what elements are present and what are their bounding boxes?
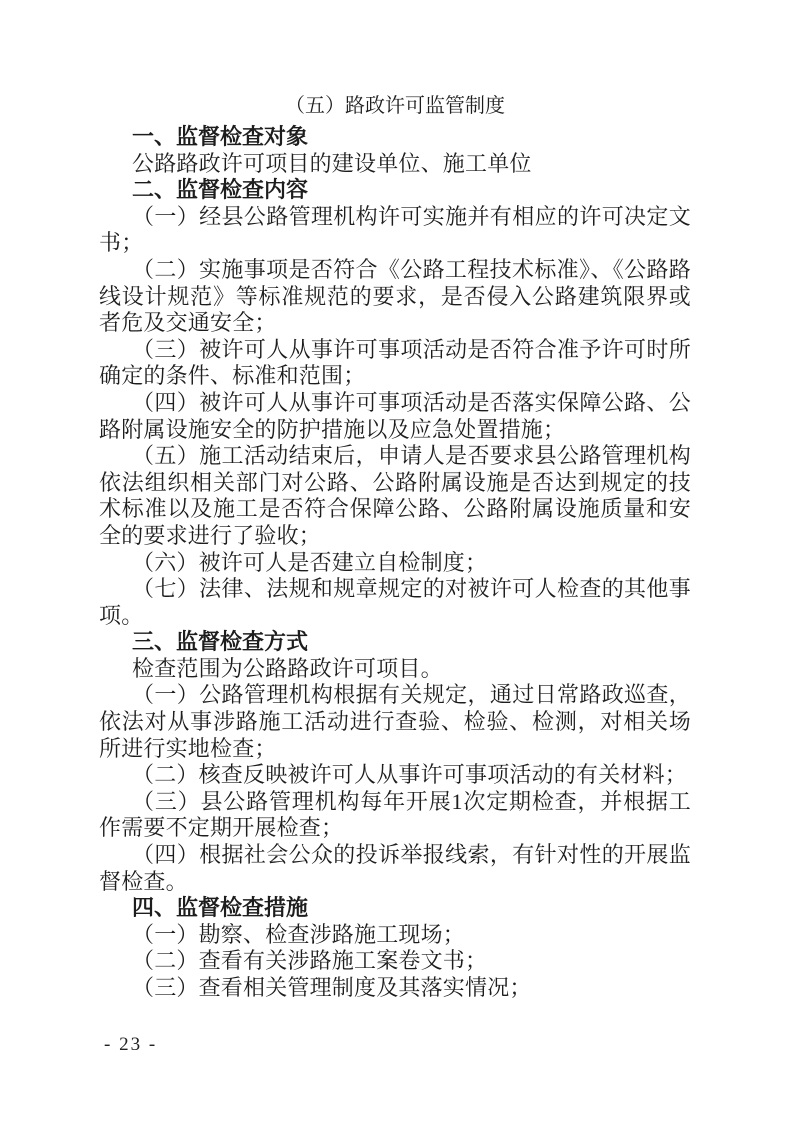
paragraph: （六）被许可人是否建立自检制度； [99, 550, 691, 577]
document-page: （五）路政许可监管制度 一、监督检查对象 公路路政许可项目的建设单位、施工单位 … [0, 0, 793, 1122]
paragraph: （四）根据社会公众的投诉举报线索，有针对性的开展监督检查。 [99, 842, 691, 895]
section-supervision-method: 三、监督检查方式 检查范围为公路路政许可项目。 （一）公路管理机构根据有关规定，… [99, 629, 691, 895]
paragraph: （二）查看有关涉路施工案卷文书； [99, 948, 691, 975]
paragraph: （三）县公路管理机构每年开展1次定期检查，并根据工作需要不定期开展检查； [99, 789, 691, 842]
section-heading: 二、监督检查内容 [99, 177, 691, 204]
paragraph: （二）实施事项是否符合《公路工程技术标准》、《公路路线设计规范》等标准规范的要求… [99, 257, 691, 337]
section-supervision-target: 一、监督检查对象 公路路政许可项目的建设单位、施工单位 [99, 124, 691, 177]
page-number: - 23 - [104, 1033, 157, 1057]
paragraph: （二）核查反映被许可人从事许可事项活动的有关材料； [99, 762, 691, 789]
paragraph: （四）被许可人从事许可事项活动是否落实保障公路、公路附属设施安全的防护措施以及应… [99, 390, 691, 443]
paragraph: （五）施工活动结束后，申请人是否要求县公路管理机构依法组织相关部门对公路、公路附… [99, 443, 691, 549]
section-heading: 一、监督检查对象 [99, 124, 691, 151]
paragraph: （一）勘察、检查涉路施工现场； [99, 922, 691, 949]
paragraph: （三）被许可人从事许可事项活动是否符合准予许可时所确定的条件、标准和范围； [99, 337, 691, 390]
section-supervision-measures: 四、监督检查措施 （一）勘察、检查涉路施工现场； （二）查看有关涉路施工案卷文书… [99, 895, 691, 1001]
paragraph: （三）查看相关管理制度及其落实情况； [99, 975, 691, 1002]
paragraph: 检查范围为公路路政许可项目。 [99, 656, 691, 683]
document-content: （五）路政许可监管制度 一、监督检查对象 公路路政许可项目的建设单位、施工单位 … [99, 92, 691, 1002]
document-title: （五）路政许可监管制度 [99, 92, 691, 120]
section-heading: 三、监督检查方式 [99, 629, 691, 656]
paragraph: （一）经县公路管理机构许可实施并有相应的许可决定文书； [99, 204, 691, 257]
section-heading: 四、监督检查措施 [99, 895, 691, 922]
paragraph: 公路路政许可项目的建设单位、施工单位 [99, 151, 691, 178]
section-supervision-content: 二、监督检查内容 （一）经县公路管理机构许可实施并有相应的许可决定文书； （二）… [99, 177, 691, 629]
paragraph: （一）公路管理机构根据有关规定，通过日常路政巡查，依法对从事涉路施工活动进行查验… [99, 682, 691, 762]
paragraph: （七）法律、法规和规章规定的对被许可人检查的其他事项。 [99, 576, 691, 629]
